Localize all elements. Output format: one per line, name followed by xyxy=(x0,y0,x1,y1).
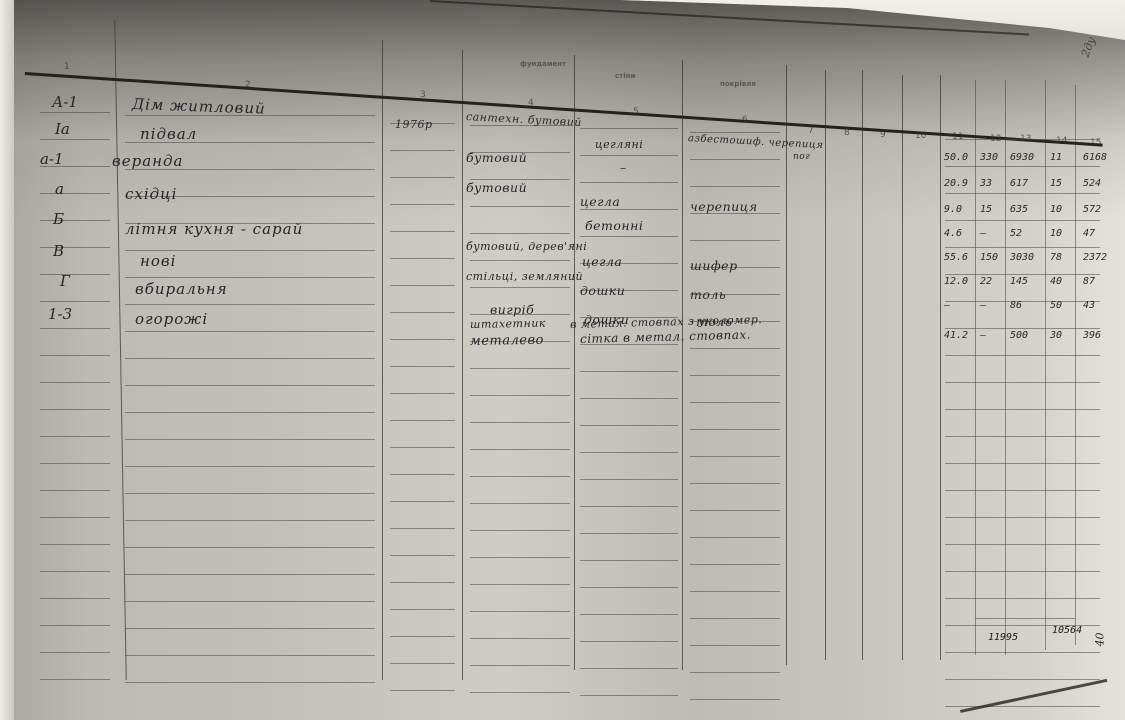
guide-line xyxy=(390,447,455,448)
guide-line xyxy=(125,412,375,413)
guide-line xyxy=(40,517,110,518)
guide-line xyxy=(690,483,780,484)
numeric-cell-v11: 20.9 xyxy=(944,178,968,189)
guide-line xyxy=(40,409,110,410)
guide-line xyxy=(40,436,110,437)
guide-line xyxy=(40,274,110,275)
row-code: В xyxy=(53,242,64,260)
guide-line xyxy=(580,695,678,696)
guide-line xyxy=(690,348,780,349)
column-number: 14 xyxy=(1056,136,1067,146)
row-walls: цегла xyxy=(582,254,622,269)
numeric-cell-v15: 572 xyxy=(1083,204,1101,215)
underlying-paper-sheet xyxy=(620,0,1125,40)
row-roof: черепиця xyxy=(690,199,758,214)
guide-line xyxy=(125,250,375,251)
numeric-cell-v12: 33 xyxy=(980,178,992,189)
guide-line xyxy=(580,560,678,561)
guide-line xyxy=(390,609,455,610)
numeric-cell-v14: 50 xyxy=(1050,300,1062,311)
guide-line xyxy=(390,366,455,367)
guide-line xyxy=(945,598,1100,599)
numeric-cell-v14: 15 xyxy=(1050,178,1062,189)
guide-line xyxy=(40,220,110,221)
guide-line xyxy=(945,301,1100,302)
guide-line xyxy=(945,166,1100,167)
numeric-cell-v11: 12.0 xyxy=(944,276,968,287)
guide-line xyxy=(580,479,678,480)
guide-line xyxy=(690,159,780,160)
guide-line xyxy=(470,287,570,288)
guide-line xyxy=(40,328,110,329)
guide-line xyxy=(40,625,110,626)
guide-line xyxy=(945,193,1100,194)
column-divider xyxy=(382,40,383,680)
column-divider xyxy=(462,50,463,680)
guide-line xyxy=(470,611,570,612)
guide-line xyxy=(470,476,570,477)
guide-line xyxy=(945,571,1100,572)
guide-line xyxy=(470,665,570,666)
row-name: вбиральня xyxy=(135,280,228,298)
guide-line xyxy=(125,358,375,359)
guide-line xyxy=(580,425,678,426)
guide-line xyxy=(690,375,780,376)
guide-line xyxy=(690,132,780,133)
column-number: 1 xyxy=(64,62,70,72)
guide-line xyxy=(40,301,110,302)
guide-line xyxy=(690,591,780,592)
row-walls: цегла xyxy=(580,194,620,209)
guide-line xyxy=(690,456,780,457)
row-code: Б xyxy=(53,210,64,228)
numeric-cell-v13: 617 xyxy=(1010,178,1028,189)
row-name: веранда xyxy=(112,152,183,170)
column-number: 10 xyxy=(915,131,926,141)
numeric-cell-v14: 11 xyxy=(1050,152,1062,163)
row-foundation: вигріб xyxy=(490,302,534,317)
guide-line xyxy=(390,474,455,475)
numeric-cell-v13: 500 xyxy=(1010,330,1028,341)
numeric-cell-v14: 10 xyxy=(1050,228,1062,239)
guide-line xyxy=(125,601,375,602)
numeric-cell-v14: 40 xyxy=(1050,276,1062,287)
guide-line xyxy=(40,382,110,383)
guide-line xyxy=(690,402,780,403)
column-number: 9 xyxy=(880,130,886,140)
row-foundation: стільці, земляний xyxy=(466,270,583,283)
guide-line xyxy=(580,182,678,183)
row-name: підвал xyxy=(140,125,197,143)
guide-line xyxy=(690,564,780,565)
row-name: східці xyxy=(125,185,177,203)
guide-line xyxy=(125,439,375,440)
guide-line xyxy=(580,641,678,642)
column-divider xyxy=(940,75,941,660)
guide-line xyxy=(945,382,1100,383)
guide-line xyxy=(125,574,375,575)
corner-mark: 2ду xyxy=(1079,35,1098,59)
row-roof: азбестошиф. черепиця xyxy=(688,133,824,151)
guide-line xyxy=(690,537,780,538)
guide-line xyxy=(945,139,1100,140)
guide-line xyxy=(125,304,375,305)
guide-line xyxy=(40,571,110,572)
row-walls: – xyxy=(620,160,627,175)
guide-line xyxy=(945,517,1100,518)
numeric-cell-v12: – xyxy=(980,228,986,239)
numeric-cell-v13: 3030 xyxy=(1010,252,1034,263)
guide-line xyxy=(40,112,110,113)
guide-line xyxy=(580,155,678,156)
guide-line xyxy=(580,371,678,372)
guide-line xyxy=(690,645,780,646)
guide-line xyxy=(470,584,570,585)
numeric-cell-v15: 2372 xyxy=(1083,252,1107,263)
row-code: А-1 xyxy=(52,93,78,111)
guide-line xyxy=(580,533,678,534)
row-walls: сітка в метал. стовпах. xyxy=(580,328,751,346)
guide-line xyxy=(580,452,678,453)
guide-line xyxy=(470,206,570,207)
guide-line xyxy=(40,544,110,545)
guide-line xyxy=(125,277,375,278)
guide-line xyxy=(945,463,1100,464)
guide-line xyxy=(390,555,455,556)
guide-line xyxy=(40,463,110,464)
guide-line xyxy=(470,449,570,450)
numeric-cell-v11: 41.2 xyxy=(944,330,968,341)
numeric-cell-v12: 22 xyxy=(980,276,992,287)
guide-line xyxy=(40,490,110,491)
row-walls: бетонні xyxy=(585,218,643,233)
guide-line xyxy=(125,385,375,386)
guide-line xyxy=(125,547,375,548)
guide-line xyxy=(580,209,678,210)
column-number: 2 xyxy=(245,80,251,90)
guide-line xyxy=(470,260,570,261)
column-divider xyxy=(825,70,826,660)
guide-line xyxy=(125,682,375,683)
guide-line xyxy=(470,233,570,234)
guide-line xyxy=(40,598,110,599)
guide-line xyxy=(945,679,1100,680)
row-name: огорожі xyxy=(135,310,208,328)
guide-line xyxy=(690,510,780,511)
guide-line xyxy=(945,328,1100,329)
bottom-stroke xyxy=(960,679,1107,713)
row-col7: пог xyxy=(793,152,810,162)
guide-line xyxy=(125,493,375,494)
numeric-cell-v11: – xyxy=(944,300,950,311)
guide-line xyxy=(125,628,375,629)
guide-line xyxy=(40,679,110,680)
header-label-roof: покрівля xyxy=(720,80,756,88)
row-code: 1-3 xyxy=(48,305,72,323)
numeric-cell-v13: 52 xyxy=(1010,228,1022,239)
guide-line xyxy=(470,692,570,693)
guide-line xyxy=(690,672,780,673)
column-number: 7 xyxy=(808,126,814,136)
guide-line xyxy=(945,355,1100,356)
guide-line xyxy=(390,285,455,286)
column-number: 6 xyxy=(742,115,748,125)
guide-line xyxy=(580,398,678,399)
row-roof: толь xyxy=(690,287,726,302)
row-year: 1976р xyxy=(395,118,433,131)
row-code: а xyxy=(55,180,64,198)
numeric-cell-v11: 9.0 xyxy=(944,204,962,215)
guide-line xyxy=(125,655,375,656)
row-roof: шифер xyxy=(690,258,738,273)
guide-line xyxy=(470,638,570,639)
numeric-cell-v15: 87 xyxy=(1083,276,1095,287)
header-label-foundation: фундамент xyxy=(520,60,566,68)
numeric-cell-v15: 43 xyxy=(1083,300,1095,311)
guide-line xyxy=(390,636,455,637)
numeric-cell-v12: – xyxy=(980,300,986,311)
guide-line xyxy=(470,395,570,396)
guide-line xyxy=(125,331,375,332)
guide-line xyxy=(390,258,455,259)
guide-line xyxy=(40,652,110,653)
numeric-cell-v13: 86 xyxy=(1010,300,1022,311)
numeric-cell-v15: 396 xyxy=(1083,330,1101,341)
column-divider xyxy=(114,20,127,680)
guide-line xyxy=(125,466,375,467)
column-divider xyxy=(786,65,787,665)
guide-line xyxy=(390,528,455,529)
numeric-cell-v15: 6168 xyxy=(1083,152,1107,163)
numeric-cell-v11: 4.6 xyxy=(944,228,962,239)
total-col15: 10564 xyxy=(1052,625,1082,636)
guide-line xyxy=(390,204,455,205)
column-number: 3 xyxy=(420,90,426,100)
guide-line xyxy=(945,247,1100,248)
row-foundation: бутовий, дерев'яні xyxy=(466,240,587,253)
guide-line xyxy=(945,274,1100,275)
total-col13: 11995 xyxy=(988,632,1018,643)
numeric-cell-v14: 30 xyxy=(1050,330,1062,341)
guide-line xyxy=(580,614,678,615)
numeric-cell-v13: 635 xyxy=(1010,204,1028,215)
guide-line xyxy=(945,409,1100,410)
guide-line xyxy=(40,355,110,356)
guide-line xyxy=(580,236,678,237)
numeric-cell-v14: 10 xyxy=(1050,204,1062,215)
guide-line xyxy=(945,652,1100,653)
guide-line xyxy=(945,436,1100,437)
header-label-walls: стіни xyxy=(615,72,635,80)
row-foundation: штахетник xyxy=(470,317,546,331)
guide-line xyxy=(580,668,678,669)
guide-line xyxy=(580,506,678,507)
guide-line xyxy=(390,177,455,178)
guide-line xyxy=(690,429,780,430)
numeric-cell-v11: 55.6 xyxy=(944,252,968,263)
guide-line xyxy=(470,557,570,558)
page-number: 40 xyxy=(1094,633,1107,647)
numeric-cell-v14: 78 xyxy=(1050,252,1062,263)
numeric-cell-v12: 150 xyxy=(980,252,998,263)
guide-line xyxy=(125,520,375,521)
guide-line xyxy=(690,699,780,700)
guide-line xyxy=(470,368,570,369)
row-foundation: металево xyxy=(470,333,544,349)
row-code: Іа xyxy=(55,120,70,138)
numeric-cell-v13: 145 xyxy=(1010,276,1028,287)
row-foundation: бутовий xyxy=(466,180,527,195)
numeric-cell-v12: – xyxy=(980,330,986,341)
numeric-cell-v12: 15 xyxy=(980,204,992,215)
column-divider xyxy=(574,55,575,670)
column-divider xyxy=(682,60,683,670)
column-divider xyxy=(902,75,903,660)
numeric-cell-v11: 50.0 xyxy=(944,152,968,163)
guide-line xyxy=(470,422,570,423)
row-name: літня кухня - сарай xyxy=(125,220,303,238)
column-number: 8 xyxy=(844,128,850,138)
row-code: а-1 xyxy=(40,150,64,168)
guide-line xyxy=(470,530,570,531)
row-walls: цегляні xyxy=(595,138,643,151)
guide-line xyxy=(390,420,455,421)
guide-line xyxy=(390,393,455,394)
guide-line xyxy=(945,220,1100,221)
guide-line xyxy=(690,240,780,241)
guide-line xyxy=(945,490,1100,491)
row-foundation: сантехн. бутовий xyxy=(466,110,583,129)
guide-line xyxy=(580,128,678,129)
column-divider xyxy=(862,70,863,660)
guide-line xyxy=(390,339,455,340)
row-walls: дошки xyxy=(580,283,625,298)
row-name: нові xyxy=(140,252,176,270)
row-foundation: бутовий xyxy=(466,150,527,165)
guide-line xyxy=(40,139,110,140)
guide-line xyxy=(945,544,1100,545)
guide-line xyxy=(390,690,455,691)
numeric-cell-v12: 330 xyxy=(980,152,998,163)
scanned-document-page: фундамент стіни покрівля 1 2 3 4 5 6 7 8… xyxy=(0,0,1125,720)
numeric-cell-v15: 47 xyxy=(1083,228,1095,239)
column-number: 11 xyxy=(952,132,963,142)
column-number: 5 xyxy=(633,107,639,117)
guide-line xyxy=(390,501,455,502)
total-rule xyxy=(975,618,1075,619)
column-number: 4 xyxy=(528,98,534,108)
guide-line xyxy=(390,312,455,313)
numeric-cell-v13: 6930 xyxy=(1010,152,1034,163)
guide-line xyxy=(40,193,110,194)
guide-line xyxy=(390,663,455,664)
row-code: Г xyxy=(60,272,70,290)
guide-line xyxy=(390,150,455,151)
column-divider xyxy=(1075,85,1076,645)
guide-line xyxy=(580,587,678,588)
guide-line xyxy=(690,186,780,187)
numeric-cell-v15: 524 xyxy=(1083,178,1101,189)
guide-line xyxy=(470,503,570,504)
guide-line xyxy=(40,247,110,248)
guide-line xyxy=(390,582,455,583)
guide-line xyxy=(690,618,780,619)
page-edge xyxy=(0,0,14,720)
guide-line xyxy=(945,706,1100,707)
guide-line xyxy=(390,231,455,232)
